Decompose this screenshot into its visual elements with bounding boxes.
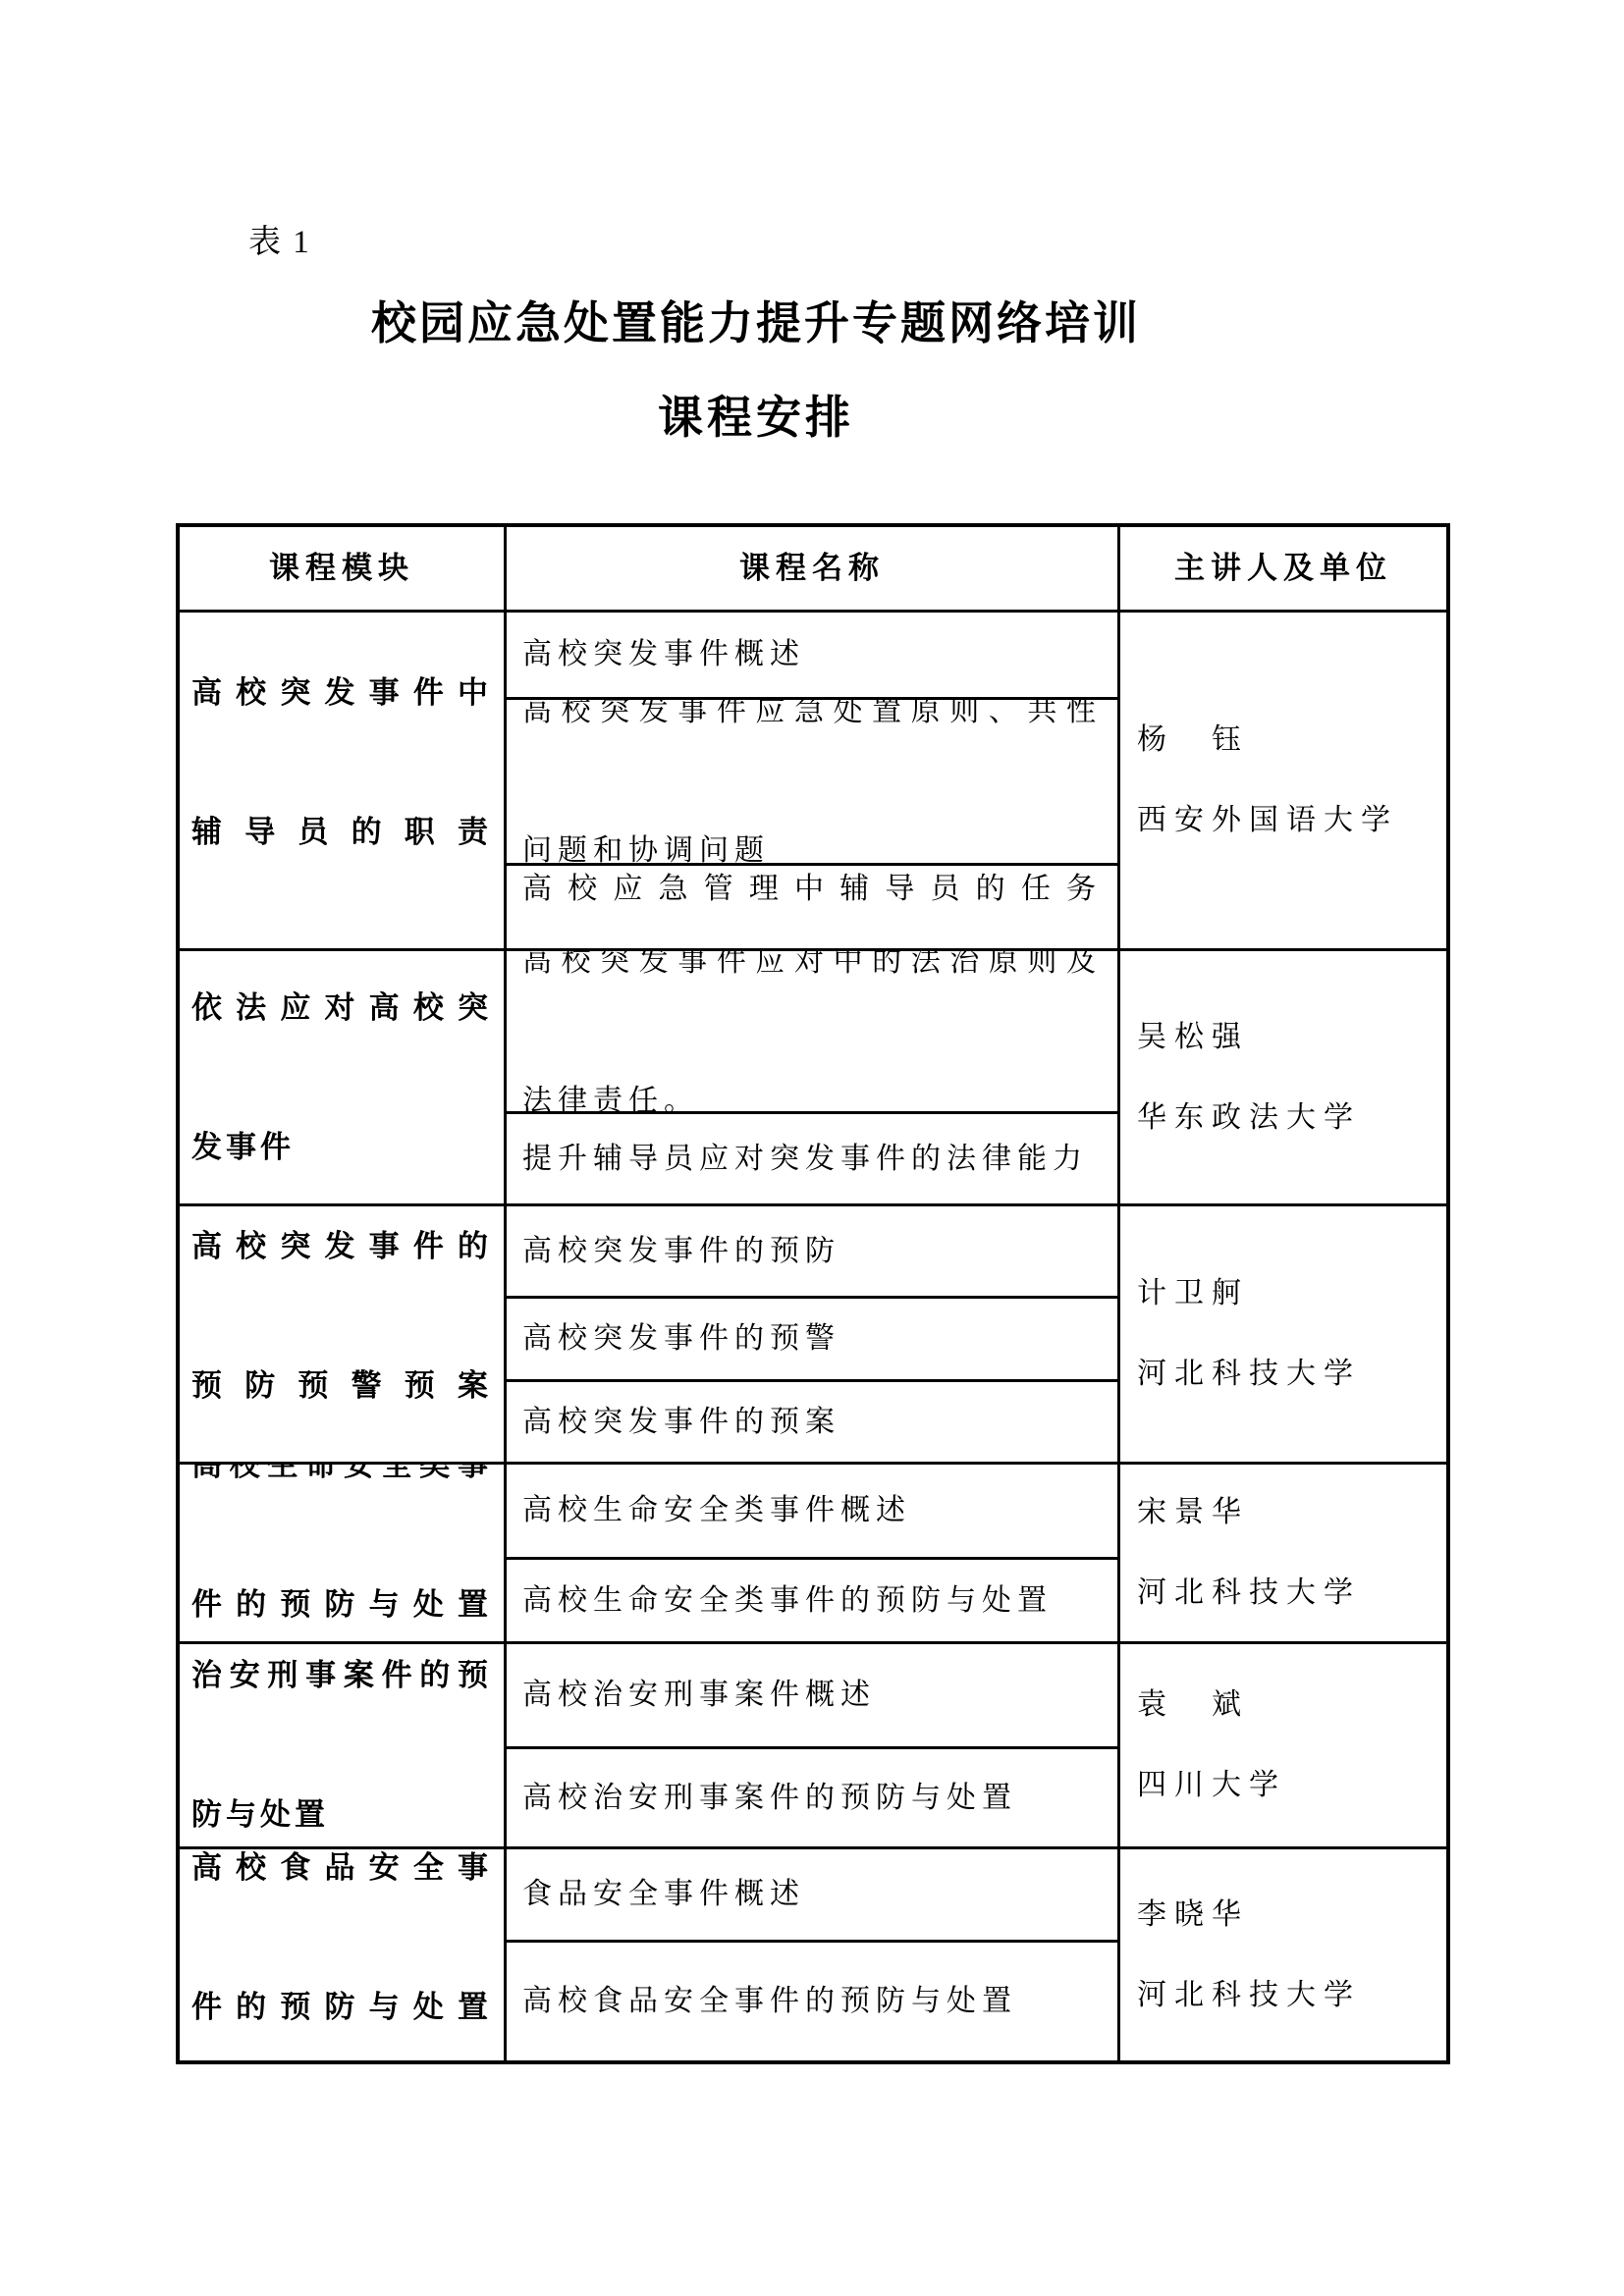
document-page: 表 1 校园应急处置能力提升专题网络培训 课程安排 课程模块 课程名称 主讲人及… bbox=[0, 0, 1624, 2296]
lecturer-cell: 杨 钰 西安外国语大学 bbox=[1120, 613, 1446, 948]
course-name: 食品安全事件概述 bbox=[522, 1877, 1102, 1912]
course-schedule-table: 课程模块 课程名称 主讲人及单位 高校突发事件中 辅导员的职责 高校突发事件概述… bbox=[176, 523, 1450, 2064]
module-line: 件的预防与处置 bbox=[191, 1990, 492, 2060]
lecturer-name: 杨 钰 bbox=[1137, 722, 1440, 758]
course-cell: 高校突发事件的预防 bbox=[507, 1206, 1117, 1296]
lecturer-org: 华东政法大学 bbox=[1137, 1100, 1440, 1136]
module-line: 依法应对高校突 bbox=[191, 990, 492, 1061]
column-header-module: 课程模块 bbox=[180, 527, 504, 610]
module-cell: 治安刑事案件的预 防与处置 bbox=[180, 1644, 504, 1846]
header-label: 课程模块 bbox=[269, 551, 414, 586]
header-label: 课程名称 bbox=[739, 551, 885, 586]
module-line: 件的预防与处置 bbox=[191, 1587, 492, 1641]
module-cell: 依法应对高校突 发事件 bbox=[180, 951, 504, 1203]
course-cell: 提升辅导员应对突发事件的法律能力 bbox=[507, 1114, 1117, 1203]
course-name: 高校治安刑事案件的预防与处置 bbox=[522, 1781, 1102, 1816]
lecturer-name: 宋景华 bbox=[1137, 1495, 1440, 1530]
column-header-lecturer: 主讲人及单位 bbox=[1120, 527, 1446, 610]
module-line: 防与处置 bbox=[191, 1797, 492, 1833]
course-name: 高校生命安全类事件概述 bbox=[522, 1493, 1102, 1528]
course-name: 高校生命安全类事件的预防与处置 bbox=[522, 1583, 1102, 1619]
course-cell: 高校突发事件的预警 bbox=[507, 1299, 1117, 1379]
lecturer-org: 河北科技大学 bbox=[1137, 1575, 1440, 1611]
course-cell: 高校生命安全类事件概述 bbox=[507, 1465, 1117, 1557]
lecturer-name: 计卫舸 bbox=[1137, 1276, 1440, 1311]
module-cell: 高校生命安全类事 件的预防与处置 bbox=[180, 1465, 504, 1641]
course-cell: 高校突发事件应对中的法治原则及 法律责任。 bbox=[507, 951, 1117, 1111]
lecturer-cell: 宋景华 河北科技大学 bbox=[1120, 1465, 1446, 1641]
course-name-line: 法律责任。 bbox=[522, 1084, 1102, 1112]
module-line: 高校突发事件中 bbox=[191, 675, 492, 746]
course-name-line: 高校突发事件应对中的法治原则及 bbox=[522, 951, 1102, 1015]
document-title: 校园应急处置能力提升专题网络培训 bbox=[0, 298, 1512, 349]
module-line: 高校食品安全事 bbox=[191, 1850, 492, 1921]
course-name-line: 问题和协调问题 bbox=[522, 833, 1102, 863]
module-line: 高校突发事件的 bbox=[191, 1229, 492, 1300]
column-header-course: 课程名称 bbox=[507, 527, 1117, 610]
lecturer-name: 吴松强 bbox=[1137, 1020, 1440, 1055]
course-cell: 高校治安刑事案件的预防与处置 bbox=[507, 1749, 1117, 1846]
header-label: 主讲人及单位 bbox=[1174, 551, 1392, 586]
course-name: 高校突发事件的预防 bbox=[522, 1234, 1102, 1269]
lecturer-org: 西安外国语大学 bbox=[1137, 803, 1440, 838]
module-line: 预防预警预案 bbox=[191, 1368, 492, 1439]
module-cell: 高校突发事件的 预防预警预案 bbox=[180, 1206, 504, 1462]
course-name: 高校治安刑事案件概述 bbox=[522, 1678, 1102, 1713]
course-name: 高校食品安全事件的预防与处置 bbox=[522, 1984, 1102, 2019]
course-name: 高校突发事件概述 bbox=[522, 637, 1102, 672]
course-cell: 高校食品安全事件的预防与处置 bbox=[507, 1943, 1117, 2060]
course-cell: 高校突发事件应急处置原则、共性 问题和协调问题 bbox=[507, 700, 1117, 863]
course-cell: 食品安全事件概述 bbox=[507, 1849, 1117, 1940]
course-cell: 高校突发事件的预案 bbox=[507, 1382, 1117, 1462]
lecturer-cell: 袁 斌 四川大学 bbox=[1120, 1644, 1446, 1846]
table-label: 表 1 bbox=[248, 224, 311, 261]
module-cell: 高校食品安全事 件的预防与处置 bbox=[180, 1849, 504, 2060]
module-line: 发事件 bbox=[191, 1130, 492, 1165]
lecturer-name: 李晓华 bbox=[1137, 1897, 1440, 1933]
module-line: 治安刑事案件的预 bbox=[191, 1658, 492, 1729]
module-line: 辅导员的职责 bbox=[191, 815, 492, 885]
course-cell: 高校突发事件概述 bbox=[507, 613, 1117, 697]
lecturer-cell: 李晓华 河北科技大学 bbox=[1120, 1849, 1446, 2060]
course-cell: 高校应急管理中辅导员的任务 bbox=[507, 866, 1117, 948]
course-name: 提升辅导员应对突发事件的法律能力 bbox=[522, 1142, 1102, 1177]
course-cell: 高校生命安全类事件的预防与处置 bbox=[507, 1560, 1117, 1641]
course-name: 高校突发事件的预警 bbox=[522, 1321, 1102, 1357]
lecturer-cell: 吴松强 华东政法大学 bbox=[1120, 951, 1446, 1203]
module-line: 高校生命安全类事 bbox=[191, 1465, 492, 1519]
course-cell: 高校治安刑事案件概述 bbox=[507, 1644, 1117, 1746]
module-cell: 高校突发事件中 辅导员的职责 bbox=[180, 613, 504, 948]
lecturer-org: 四川大学 bbox=[1137, 1768, 1440, 1803]
lecturer-org: 河北科技大学 bbox=[1137, 1357, 1440, 1392]
document-subtitle: 课程安排 bbox=[0, 393, 1512, 444]
lecturer-name: 袁 斌 bbox=[1137, 1687, 1440, 1723]
lecturer-cell: 计卫舸 河北科技大学 bbox=[1120, 1206, 1446, 1462]
lecturer-org: 河北科技大学 bbox=[1137, 1978, 1440, 2013]
course-name: 高校应急管理中辅导员的任务 bbox=[522, 872, 1102, 942]
course-name: 高校突发事件的预案 bbox=[522, 1405, 1102, 1440]
course-name-line: 高校突发事件应急处置原则、共性 bbox=[522, 700, 1102, 765]
